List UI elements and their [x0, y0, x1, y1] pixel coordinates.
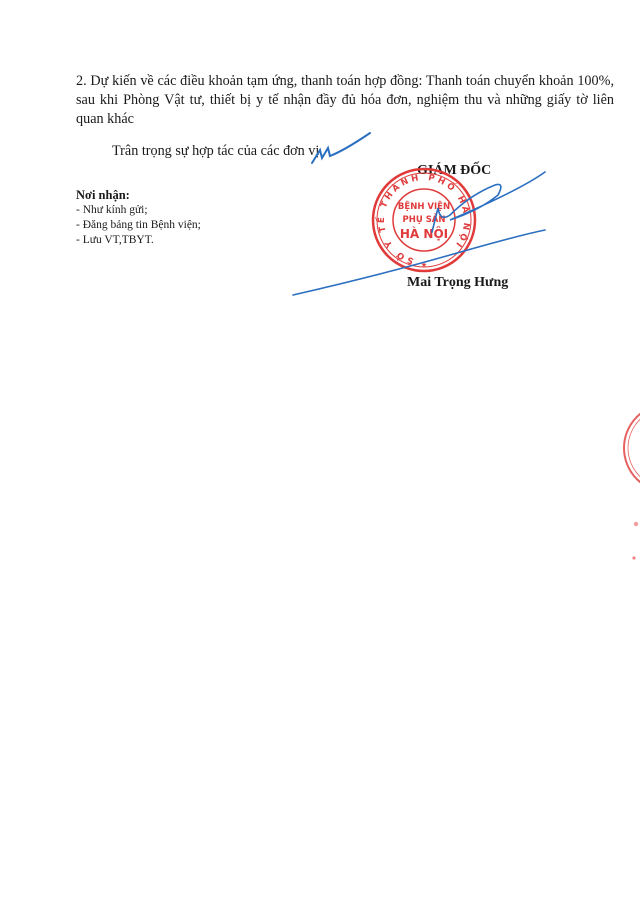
partial-stamp-edge: [624, 404, 640, 560]
stamp-and-signature: SỞ Y TẾ THÀNH PHỐ HÀ NỘI BỆNH VIỆN PHỤ S…: [0, 0, 640, 913]
signer-name: Mai Trọng Hưng: [407, 275, 508, 291]
svg-text:PHỤ SẢN: PHỤ SẢN: [402, 213, 445, 225]
official-stamp: SỞ Y TẾ THÀNH PHỐ HÀ NỘI BỆNH VIỆN PHỤ S…: [373, 169, 475, 271]
svg-text:HÀ NỘI: HÀ NỘI: [400, 226, 448, 241]
initial-mark: [312, 133, 370, 163]
svg-text:BỆNH VIỆN: BỆNH VIỆN: [398, 201, 450, 212]
